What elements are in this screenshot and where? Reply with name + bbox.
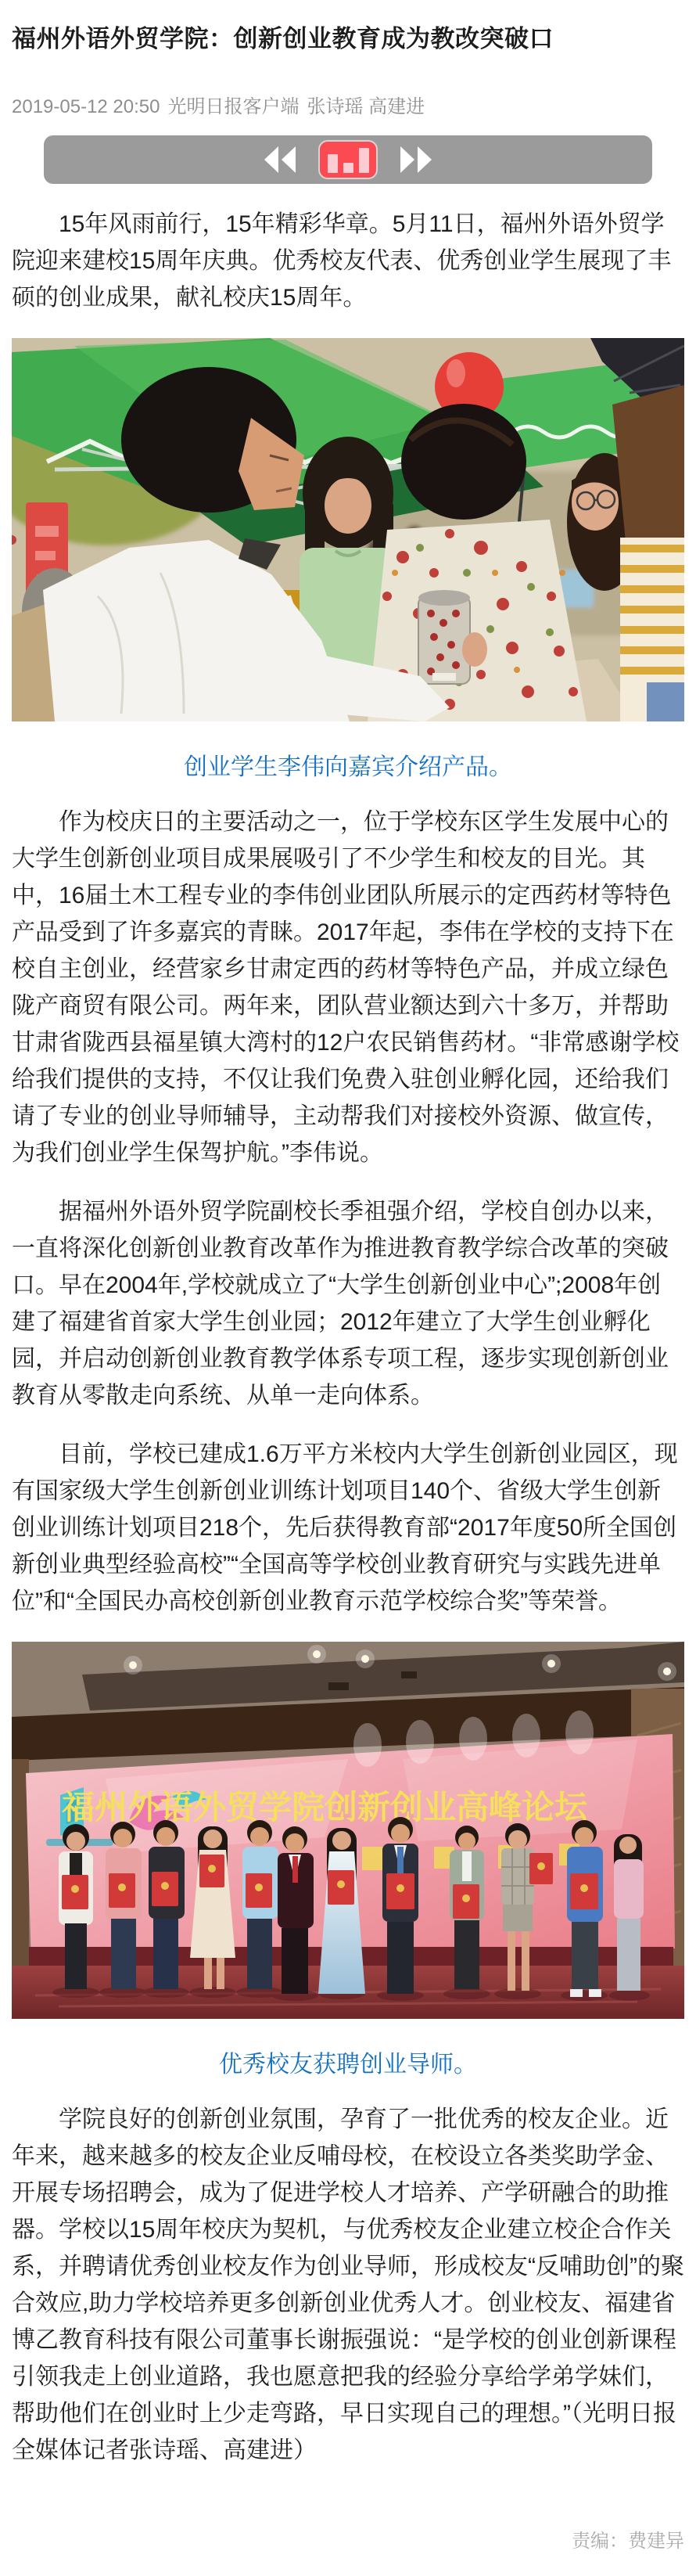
paragraph-2: 作为校庆日的主要活动之一，位于学校东区学生发展中心的大学生创新创业项目成果展吸引… <box>12 804 684 1171</box>
person-12 <box>614 1834 644 1991</box>
figure-forum: 福州外语外贸学院创新创业高峰论坛 <box>12 1642 684 2079</box>
article-page: 福州外语外贸学院：创新创业教育成为教改突破口 2019-05-12 20:50光… <box>0 23 696 2576</box>
audio-player-bar[interactable] <box>44 135 652 184</box>
person-9 <box>450 1826 484 1989</box>
figure-booth: 创业学生李伟向嘉宾介绍产品。 <box>12 338 684 782</box>
paragraph-5: 学院良好的创新创业氛围，孕育了一批优秀的校友企业。近年来，越来越多的校友企业反哺… <box>12 2101 684 2469</box>
author-names: 张诗瑶 高建进 <box>307 96 425 117</box>
paragraph-4: 目前，学校已建成1.6万平方米校内大学生创新创业园区，现有国家级大学生创新创业训… <box>12 1436 684 1620</box>
paragraph-1: 15年风雨前行，15年精彩华章。5月11日，福州外语外贸学院迎来建校15周年庆典… <box>12 206 684 316</box>
publish-datetime: 2019-05-12 20:50 <box>12 96 160 117</box>
audio-equalizer-icon[interactable] <box>318 140 378 179</box>
editor-credit: 责编：费建异 <box>12 2525 684 2553</box>
photo-caption-2: 优秀校友获聘创业导师。 <box>12 2045 684 2079</box>
banner-title-text: 福州外语外贸学院创新创业高峰论坛 <box>62 1789 588 1826</box>
article-meta: 2019-05-12 20:50光明日报客户端张诗瑶 高建进 <box>12 91 684 118</box>
rewind-icon[interactable] <box>264 146 296 174</box>
campus-festival-booth-photo <box>12 338 684 721</box>
award-ceremony-stage-photo: 福州外语外贸学院创新创业高峰论坛 <box>12 1642 684 2019</box>
person-striped-shirt <box>612 385 684 721</box>
photo-caption-1: 创业学生李伟向嘉宾介绍产品。 <box>12 747 684 782</box>
paragraph-3: 据福州外语外贸学院副校长季祖强介绍，学校自创办以来，一直将深化创新创业教育改革作… <box>12 1193 684 1414</box>
fast-forward-icon[interactable] <box>400 146 432 174</box>
page-title: 福州外语外贸学院：创新创业教育成为教改突破口 <box>12 23 684 55</box>
source-name: 光明日报客户端 <box>168 96 300 117</box>
